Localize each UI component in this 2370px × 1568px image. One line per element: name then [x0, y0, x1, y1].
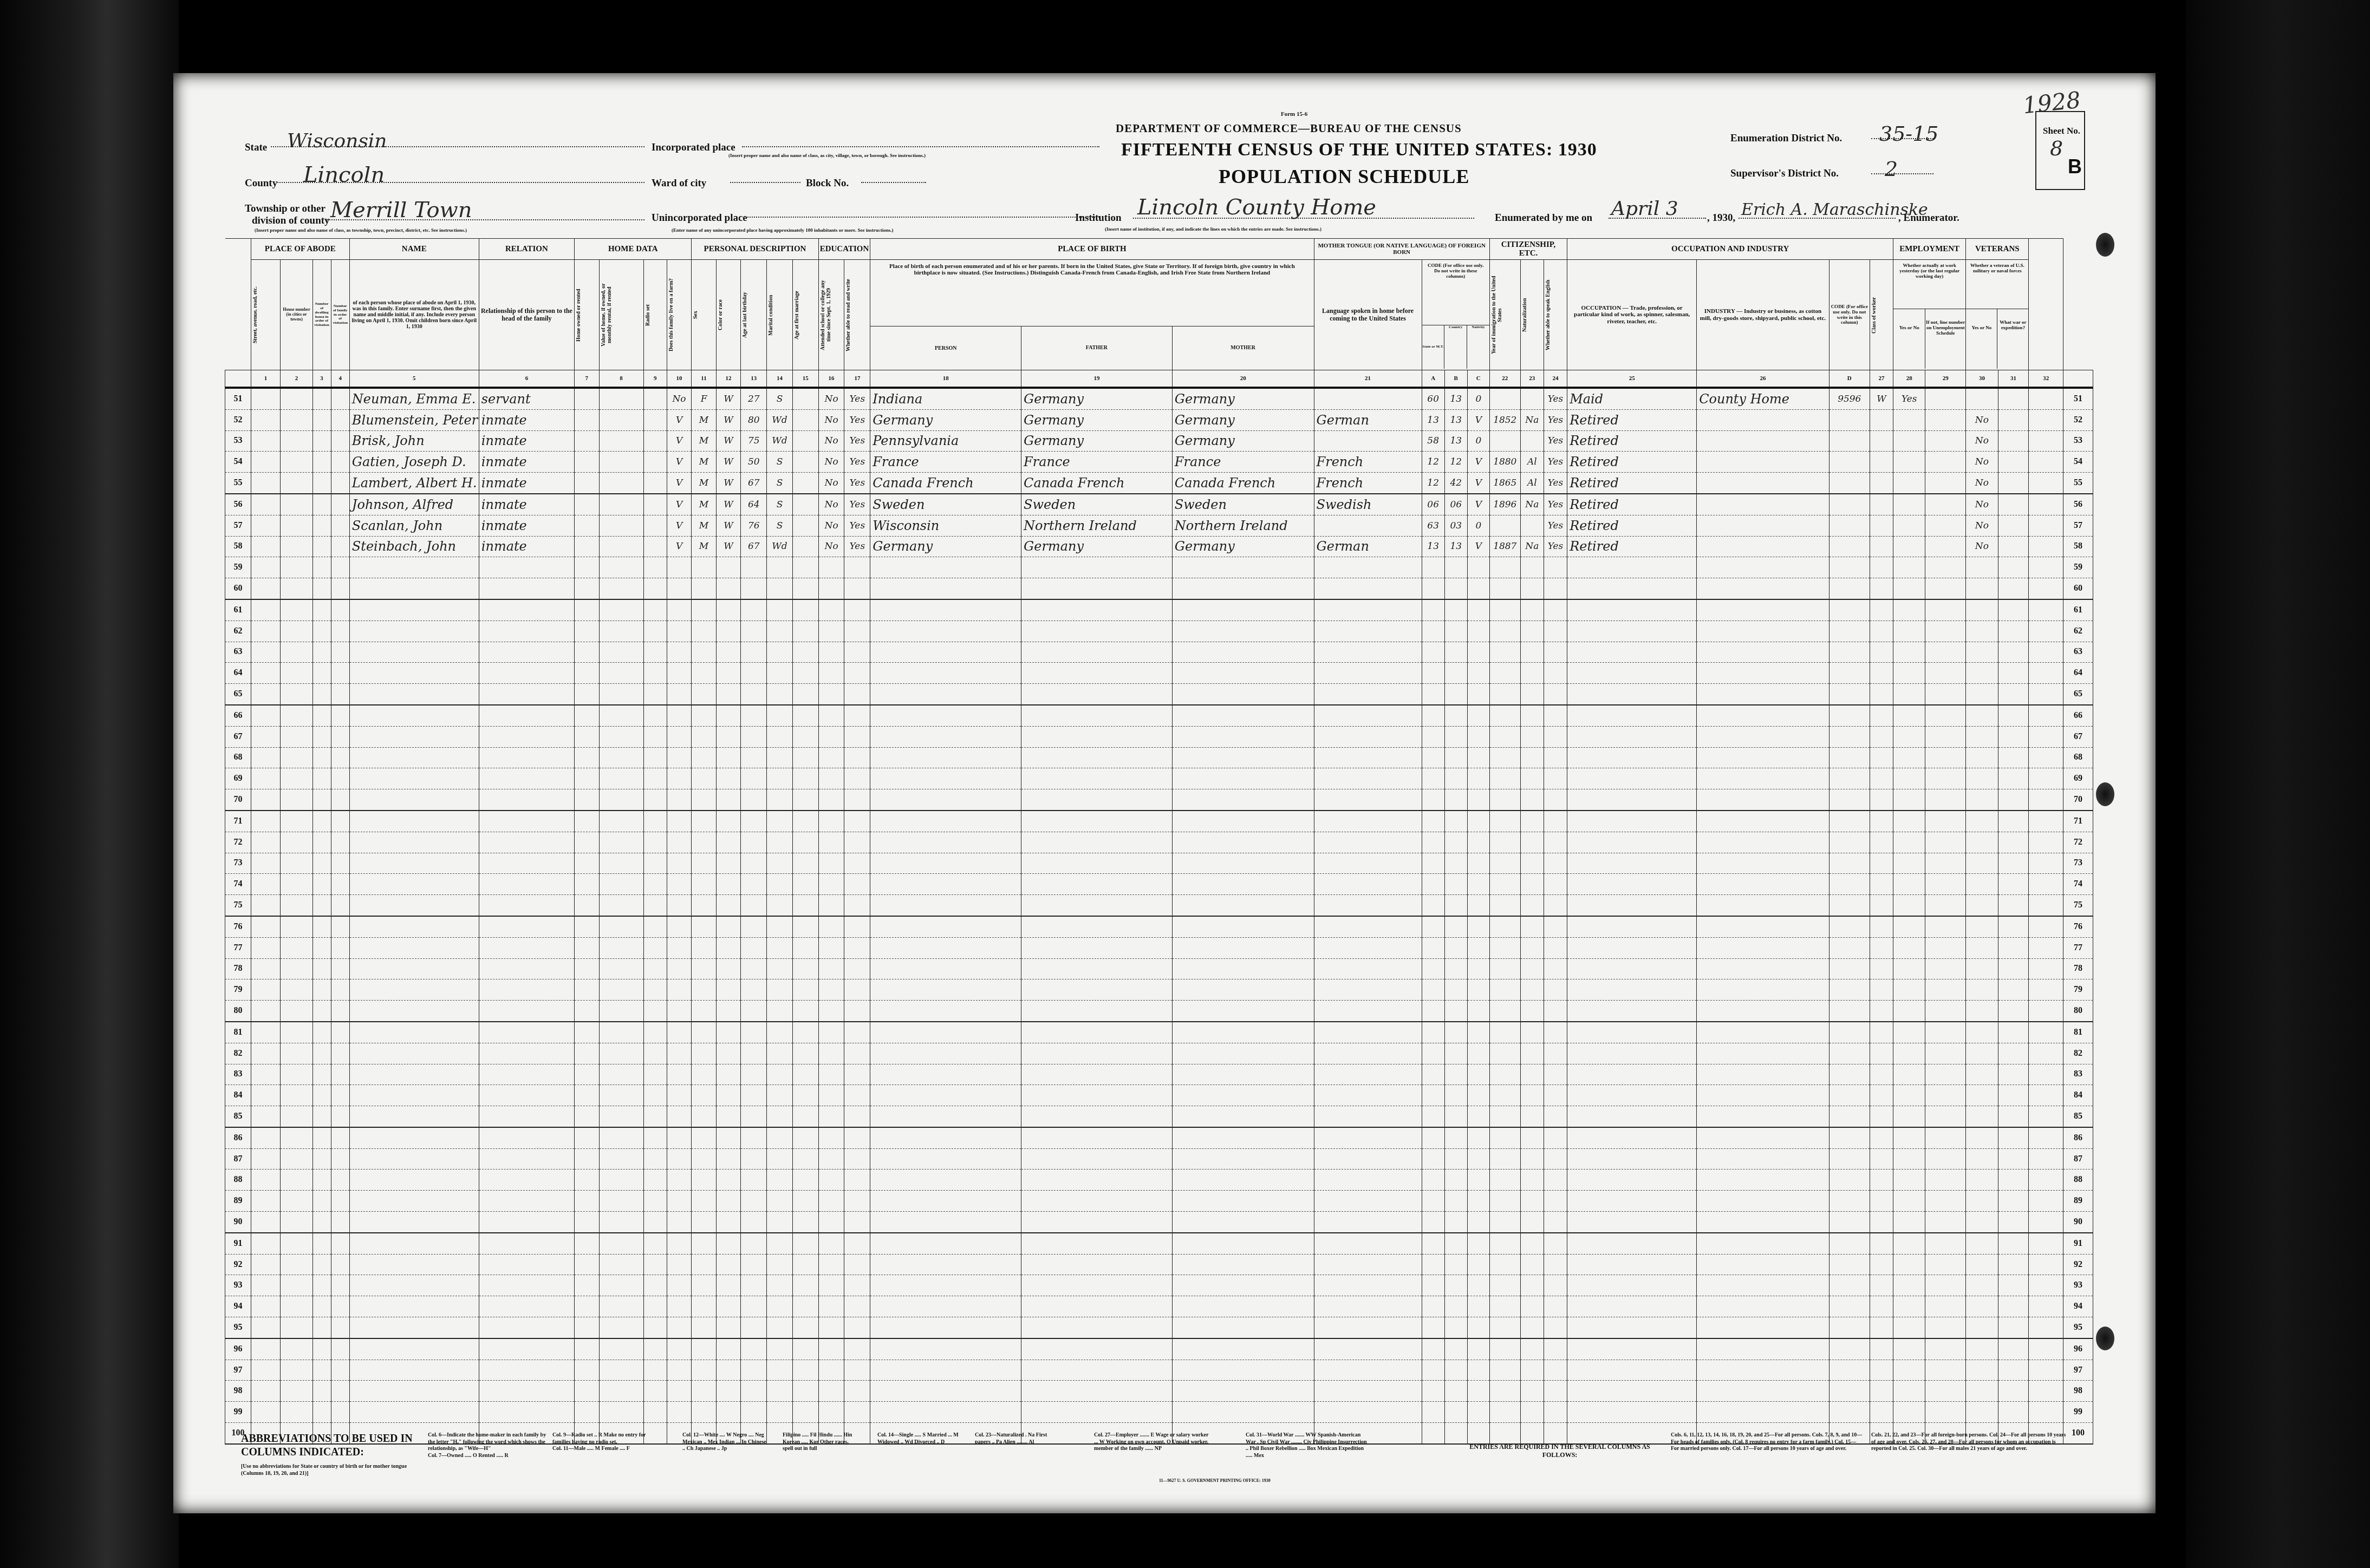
cell-empty[interactable] — [331, 1360, 349, 1381]
cell-empty[interactable] — [2029, 473, 2063, 494]
cell-relation[interactable] — [479, 705, 574, 726]
cell-relation[interactable] — [479, 599, 574, 620]
cell-industry[interactable] — [1697, 473, 1829, 494]
cell-sex[interactable] — [692, 1022, 717, 1043]
cell-class[interactable] — [1870, 515, 1893, 536]
cell-veteran[interactable] — [1966, 578, 1998, 599]
cell-sex[interactable] — [692, 642, 717, 663]
cell-name[interactable] — [349, 1043, 479, 1064]
cell-sex[interactable] — [692, 937, 717, 958]
cell-empty[interactable] — [251, 684, 281, 705]
cell-empty[interactable] — [792, 1106, 818, 1127]
cell-industry[interactable] — [1697, 578, 1829, 599]
cell-industry[interactable] — [1697, 494, 1829, 515]
cell-race[interactable] — [716, 1106, 741, 1127]
cell-code-c[interactable] — [1467, 1085, 1489, 1106]
cell-birth-mother[interactable] — [1172, 789, 1314, 811]
cell-birth-father[interactable] — [1021, 832, 1173, 853]
cell-empty[interactable] — [1925, 494, 1966, 515]
cell-empty[interactable] — [643, 789, 667, 811]
cell-school[interactable] — [818, 557, 844, 578]
cell-relation[interactable] — [479, 1064, 574, 1085]
cell-empty[interactable] — [331, 1233, 349, 1254]
cell-name[interactable] — [349, 789, 479, 811]
cell-tongue[interactable] — [1314, 1064, 1422, 1085]
cell-empty[interactable] — [1998, 895, 2029, 916]
cell-code-c[interactable] — [1467, 1402, 1489, 1423]
cell-empty[interactable] — [312, 916, 331, 937]
cell-race[interactable]: W — [716, 430, 741, 452]
cell-natz[interactable]: Na — [1520, 494, 1544, 515]
cell-at-work[interactable] — [1893, 1170, 1925, 1191]
cell-empty[interactable] — [281, 705, 312, 726]
cell-marital[interactable] — [767, 1317, 793, 1338]
cell-empty[interactable] — [1998, 832, 2029, 853]
cell-relation[interactable] — [479, 1317, 574, 1338]
cell-empty[interactable] — [2029, 874, 2063, 895]
cell-immig[interactable] — [1489, 1233, 1520, 1254]
cell-empty[interactable] — [643, 811, 667, 832]
cell-industry[interactable] — [1697, 557, 1829, 578]
cell-marital[interactable] — [767, 1212, 793, 1233]
cell-empty[interactable] — [1925, 663, 1966, 684]
cell-birth-person[interactable] — [870, 1085, 1021, 1106]
cell-empty[interactable] — [792, 1085, 818, 1106]
cell-at-work[interactable] — [1893, 473, 1925, 494]
cell-birth-person[interactable] — [870, 1043, 1021, 1064]
cell-natz[interactable] — [1520, 1127, 1544, 1148]
cell-empty[interactable] — [281, 388, 312, 409]
cell-race[interactable] — [716, 620, 741, 642]
cell-immig[interactable] — [1489, 1338, 1520, 1360]
cell-tongue[interactable] — [1314, 726, 1422, 747]
cell-at-work[interactable] — [1893, 937, 1925, 958]
cell-immig[interactable] — [1489, 1254, 1520, 1275]
cell-english[interactable] — [1544, 1317, 1567, 1338]
cell-empty[interactable] — [792, 958, 818, 979]
cell-empty[interactable] — [792, 1275, 818, 1296]
cell-race[interactable] — [716, 1085, 741, 1106]
cell-marital[interactable] — [767, 1106, 793, 1127]
cell-relation[interactable] — [479, 1275, 574, 1296]
cell-race[interactable] — [716, 1043, 741, 1064]
cell-empty[interactable] — [792, 1170, 818, 1191]
cell-age[interactable] — [741, 937, 767, 958]
cell-tongue[interactable] — [1314, 642, 1422, 663]
cell-empty[interactable] — [331, 642, 349, 663]
cell-tongue[interactable] — [1314, 1106, 1422, 1127]
cell-empty[interactable] — [1925, 768, 1966, 789]
cell-race[interactable] — [716, 958, 741, 979]
cell-tongue[interactable] — [1314, 1296, 1422, 1317]
cell-code-b[interactable] — [1444, 1212, 1467, 1233]
cell-empty[interactable] — [575, 536, 600, 557]
cell-empty[interactable] — [331, 705, 349, 726]
cell-veteran[interactable]: No — [1966, 494, 1998, 515]
cell-sex[interactable]: M — [692, 430, 717, 452]
cell-occ-code[interactable] — [1829, 895, 1870, 916]
cell-code-a[interactable] — [1422, 747, 1444, 768]
cell-empty[interactable] — [1998, 1191, 2029, 1212]
cell-read[interactable] — [844, 832, 870, 853]
cell-natz[interactable] — [1520, 726, 1544, 747]
cell-empty[interactable] — [2029, 1360, 2063, 1381]
cell-class[interactable] — [1870, 578, 1893, 599]
cell-veteran[interactable] — [1966, 1127, 1998, 1148]
cell-empty[interactable] — [251, 620, 281, 642]
cell-empty[interactable] — [2029, 1275, 2063, 1296]
cell-code-a[interactable] — [1422, 979, 1444, 1001]
cell-empty[interactable] — [331, 684, 349, 705]
cell-relation[interactable] — [479, 1191, 574, 1212]
cell-empty[interactable] — [312, 747, 331, 768]
cell-code-c[interactable] — [1467, 895, 1489, 916]
cell-occupation[interactable] — [1567, 1338, 1697, 1360]
cell-sex[interactable] — [692, 1254, 717, 1275]
cell-farm[interactable] — [667, 832, 692, 853]
cell-birth-person[interactable] — [870, 1360, 1021, 1381]
cell-empty[interactable] — [331, 599, 349, 620]
cell-school[interactable] — [818, 1064, 844, 1085]
cell-empty[interactable] — [281, 1233, 312, 1254]
cell-empty[interactable] — [643, 1402, 667, 1423]
cell-tongue[interactable]: French — [1314, 473, 1422, 494]
cell-empty[interactable] — [643, 1381, 667, 1402]
cell-code-b[interactable] — [1444, 1402, 1467, 1423]
cell-empty[interactable] — [643, 937, 667, 958]
cell-birth-father[interactable] — [1021, 599, 1173, 620]
cell-marital[interactable] — [767, 895, 793, 916]
cell-code-c[interactable] — [1467, 937, 1489, 958]
cell-code-b[interactable] — [1444, 895, 1467, 916]
cell-empty[interactable] — [599, 1275, 643, 1296]
cell-age[interactable] — [741, 979, 767, 1001]
cell-empty[interactable] — [792, 388, 818, 409]
cell-occ-code[interactable] — [1829, 473, 1870, 494]
cell-age[interactable] — [741, 1001, 767, 1022]
cell-read[interactable] — [844, 684, 870, 705]
cell-empty[interactable] — [331, 1212, 349, 1233]
cell-at-work[interactable] — [1893, 430, 1925, 452]
cell-veteran[interactable] — [1966, 1085, 1998, 1106]
cell-empty[interactable] — [2029, 494, 2063, 515]
cell-empty[interactable] — [2029, 979, 2063, 1001]
cell-birth-father[interactable] — [1021, 1022, 1173, 1043]
cell-empty[interactable] — [643, 874, 667, 895]
cell-birth-mother[interactable] — [1172, 853, 1314, 874]
cell-natz[interactable] — [1520, 1001, 1544, 1022]
cell-empty[interactable] — [2029, 1338, 2063, 1360]
cell-empty[interactable] — [792, 430, 818, 452]
cell-name[interactable] — [349, 620, 479, 642]
cell-at-work[interactable] — [1893, 979, 1925, 1001]
cell-race[interactable] — [716, 853, 741, 874]
cell-empty[interactable] — [312, 452, 331, 473]
cell-farm[interactable]: V — [667, 536, 692, 557]
cell-natz[interactable] — [1520, 388, 1544, 409]
cell-age[interactable] — [741, 1127, 767, 1148]
cell-empty[interactable] — [575, 1001, 600, 1022]
cell-age[interactable] — [741, 1212, 767, 1233]
cell-code-b[interactable] — [1444, 1317, 1467, 1338]
cell-marital[interactable] — [767, 1043, 793, 1064]
cell-occupation[interactable] — [1567, 578, 1697, 599]
cell-empty[interactable] — [1925, 536, 1966, 557]
cell-empty[interactable] — [643, 599, 667, 620]
cell-age[interactable]: 67 — [741, 473, 767, 494]
cell-empty[interactable] — [281, 1191, 312, 1212]
cell-at-work[interactable] — [1893, 1191, 1925, 1212]
cell-veteran[interactable] — [1966, 1191, 1998, 1212]
cell-birth-person[interactable] — [870, 895, 1021, 916]
cell-immig[interactable] — [1489, 1317, 1520, 1338]
cell-occupation[interactable] — [1567, 1148, 1697, 1170]
cell-occ-code[interactable] — [1829, 1085, 1870, 1106]
cell-marital[interactable] — [767, 1170, 793, 1191]
cell-read[interactable] — [844, 937, 870, 958]
cell-school[interactable] — [818, 1001, 844, 1022]
cell-sex[interactable]: M — [692, 452, 717, 473]
cell-name[interactable]: Johnson, Alfred — [349, 494, 479, 515]
cell-code-a[interactable] — [1422, 1085, 1444, 1106]
cell-empty[interactable] — [312, 663, 331, 684]
cell-class[interactable] — [1870, 642, 1893, 663]
cell-empty[interactable] — [643, 853, 667, 874]
cell-at-work[interactable] — [1893, 557, 1925, 578]
cell-race[interactable] — [716, 1001, 741, 1022]
cell-veteran[interactable] — [1966, 853, 1998, 874]
cell-immig[interactable] — [1489, 684, 1520, 705]
cell-empty[interactable] — [575, 494, 600, 515]
cell-veteran[interactable] — [1966, 663, 1998, 684]
cell-veteran[interactable] — [1966, 1022, 1998, 1043]
cell-sex[interactable] — [692, 1043, 717, 1064]
cell-farm[interactable] — [667, 726, 692, 747]
cell-english[interactable]: Yes — [1544, 494, 1567, 515]
cell-marital[interactable] — [767, 768, 793, 789]
cell-school[interactable] — [818, 895, 844, 916]
cell-occ-code[interactable] — [1829, 1043, 1870, 1064]
cell-birth-person[interactable] — [870, 1148, 1021, 1170]
cell-empty[interactable] — [575, 958, 600, 979]
cell-empty[interactable] — [1998, 979, 2029, 1001]
cell-school[interactable] — [818, 1106, 844, 1127]
cell-empty[interactable] — [1925, 1381, 1966, 1402]
cell-occ-code[interactable] — [1829, 1001, 1870, 1022]
cell-farm[interactable] — [667, 958, 692, 979]
cell-empty[interactable] — [1998, 1317, 2029, 1338]
cell-empty[interactable] — [281, 1360, 312, 1381]
cell-farm[interactable] — [667, 1296, 692, 1317]
cell-empty[interactable] — [1925, 473, 1966, 494]
cell-relation[interactable] — [479, 1043, 574, 1064]
cell-empty[interactable] — [1998, 557, 2029, 578]
cell-empty[interactable] — [312, 1085, 331, 1106]
cell-veteran[interactable]: No — [1966, 536, 1998, 557]
cell-sex[interactable] — [692, 1338, 717, 1360]
cell-empty[interactable] — [2029, 430, 2063, 452]
cell-occ-code[interactable] — [1829, 452, 1870, 473]
cell-marital[interactable] — [767, 747, 793, 768]
cell-empty[interactable] — [312, 853, 331, 874]
cell-sex[interactable] — [692, 1064, 717, 1085]
cell-read[interactable] — [844, 705, 870, 726]
cell-code-a[interactable] — [1422, 1106, 1444, 1127]
cell-occupation[interactable] — [1567, 557, 1697, 578]
cell-english[interactable] — [1544, 1233, 1567, 1254]
cell-occupation[interactable] — [1567, 1127, 1697, 1148]
cell-industry[interactable] — [1697, 1381, 1829, 1402]
cell-read[interactable] — [844, 1381, 870, 1402]
cell-school[interactable] — [818, 599, 844, 620]
cell-empty[interactable] — [2029, 789, 2063, 811]
cell-birth-mother[interactable] — [1172, 1043, 1314, 1064]
cell-empty[interactable] — [643, 452, 667, 473]
cell-sex[interactable]: M — [692, 494, 717, 515]
cell-class[interactable] — [1870, 494, 1893, 515]
cell-school[interactable] — [818, 1338, 844, 1360]
cell-empty[interactable] — [1998, 1148, 2029, 1170]
cell-sex[interactable] — [692, 1275, 717, 1296]
cell-code-b[interactable] — [1444, 811, 1467, 832]
cell-natz[interactable] — [1520, 1360, 1544, 1381]
cell-code-a[interactable] — [1422, 916, 1444, 937]
cell-read[interactable] — [844, 789, 870, 811]
cell-sex[interactable] — [692, 832, 717, 853]
cell-code-b[interactable]: 03 — [1444, 515, 1467, 536]
cell-birth-person[interactable] — [870, 1212, 1021, 1233]
cell-relation[interactable] — [479, 557, 574, 578]
cell-farm[interactable] — [667, 937, 692, 958]
cell-birth-mother[interactable] — [1172, 895, 1314, 916]
cell-natz[interactable] — [1520, 789, 1544, 811]
cell-at-work[interactable] — [1893, 853, 1925, 874]
cell-industry[interactable] — [1697, 1338, 1829, 1360]
cell-veteran[interactable] — [1966, 768, 1998, 789]
cell-occupation[interactable]: Retired — [1567, 430, 1697, 452]
cell-code-a[interactable]: 58 — [1422, 430, 1444, 452]
cell-sex[interactable] — [692, 620, 717, 642]
cell-farm[interactable] — [667, 1127, 692, 1148]
cell-empty[interactable] — [1998, 916, 2029, 937]
cell-at-work[interactable] — [1893, 916, 1925, 937]
cell-farm[interactable] — [667, 895, 692, 916]
cell-class[interactable] — [1870, 958, 1893, 979]
cell-empty[interactable] — [1998, 1085, 2029, 1106]
cell-empty[interactable] — [2029, 1317, 2063, 1338]
cell-empty[interactable] — [792, 895, 818, 916]
cell-natz[interactable]: Al — [1520, 473, 1544, 494]
cell-birth-person[interactable] — [870, 642, 1021, 663]
cell-empty[interactable] — [792, 620, 818, 642]
cell-empty[interactable] — [575, 430, 600, 452]
cell-read[interactable] — [844, 1022, 870, 1043]
cell-code-b[interactable] — [1444, 1423, 1467, 1444]
cell-empty[interactable] — [599, 494, 643, 515]
cell-tongue[interactable] — [1314, 1275, 1422, 1296]
cell-birth-father[interactable]: Canada French — [1021, 473, 1173, 494]
cell-relation[interactable]: inmate — [479, 515, 574, 536]
cell-empty[interactable] — [599, 1106, 643, 1127]
cell-relation[interactable] — [479, 958, 574, 979]
cell-immig[interactable] — [1489, 1402, 1520, 1423]
cell-empty[interactable] — [2029, 684, 2063, 705]
cell-empty[interactable] — [575, 853, 600, 874]
cell-empty[interactable] — [1925, 684, 1966, 705]
cell-age[interactable] — [741, 1360, 767, 1381]
cell-empty[interactable] — [599, 789, 643, 811]
cell-empty[interactable] — [312, 958, 331, 979]
cell-at-work[interactable] — [1893, 895, 1925, 916]
cell-birth-mother[interactable] — [1172, 1381, 1314, 1402]
cell-empty[interactable] — [312, 409, 331, 430]
cell-english[interactable] — [1544, 937, 1567, 958]
cell-occ-code[interactable] — [1829, 1212, 1870, 1233]
cell-empty[interactable] — [331, 1170, 349, 1191]
cell-occ-code[interactable] — [1829, 599, 1870, 620]
cell-relation[interactable] — [479, 874, 574, 895]
cell-code-c[interactable]: V — [1467, 473, 1489, 494]
cell-read[interactable] — [844, 599, 870, 620]
cell-industry[interactable] — [1697, 937, 1829, 958]
cell-code-b[interactable] — [1444, 1275, 1467, 1296]
cell-code-b[interactable] — [1444, 1296, 1467, 1317]
cell-sex[interactable] — [692, 853, 717, 874]
cell-tongue[interactable] — [1314, 937, 1422, 958]
cell-empty[interactable] — [1925, 452, 1966, 473]
cell-empty[interactable] — [312, 1043, 331, 1064]
cell-class[interactable] — [1870, 874, 1893, 895]
cell-veteran[interactable] — [1966, 684, 1998, 705]
cell-at-work[interactable] — [1893, 494, 1925, 515]
cell-age[interactable] — [741, 768, 767, 789]
cell-farm[interactable] — [667, 811, 692, 832]
cell-name[interactable] — [349, 768, 479, 789]
cell-sex[interactable]: M — [692, 409, 717, 430]
cell-empty[interactable] — [643, 1191, 667, 1212]
cell-code-c[interactable]: 0 — [1467, 430, 1489, 452]
cell-at-work[interactable] — [1893, 1085, 1925, 1106]
cell-code-b[interactable]: 42 — [1444, 473, 1467, 494]
cell-empty[interactable] — [2029, 895, 2063, 916]
cell-empty[interactable] — [281, 642, 312, 663]
cell-empty[interactable] — [312, 515, 331, 536]
cell-tongue[interactable] — [1314, 1001, 1422, 1022]
cell-class[interactable] — [1870, 726, 1893, 747]
cell-empty[interactable] — [792, 1317, 818, 1338]
cell-empty[interactable] — [575, 1360, 600, 1381]
cell-birth-mother[interactable]: France — [1172, 452, 1314, 473]
cell-birth-mother[interactable] — [1172, 726, 1314, 747]
cell-empty[interactable] — [643, 578, 667, 599]
cell-empty[interactable] — [281, 768, 312, 789]
cell-industry[interactable] — [1697, 1233, 1829, 1254]
cell-code-a[interactable] — [1422, 1064, 1444, 1085]
cell-occupation[interactable] — [1567, 979, 1697, 1001]
cell-birth-person[interactable] — [870, 599, 1021, 620]
cell-farm[interactable]: V — [667, 430, 692, 452]
cell-tongue[interactable] — [1314, 853, 1422, 874]
cell-empty[interactable] — [251, 1127, 281, 1148]
cell-name[interactable] — [349, 1296, 479, 1317]
cell-occupation[interactable] — [1567, 1085, 1697, 1106]
cell-empty[interactable] — [1925, 599, 1966, 620]
cell-empty[interactable] — [599, 874, 643, 895]
cell-farm[interactable]: V — [667, 494, 692, 515]
cell-name[interactable] — [349, 1360, 479, 1381]
cell-relation[interactable] — [479, 1402, 574, 1423]
cell-empty[interactable] — [281, 1275, 312, 1296]
